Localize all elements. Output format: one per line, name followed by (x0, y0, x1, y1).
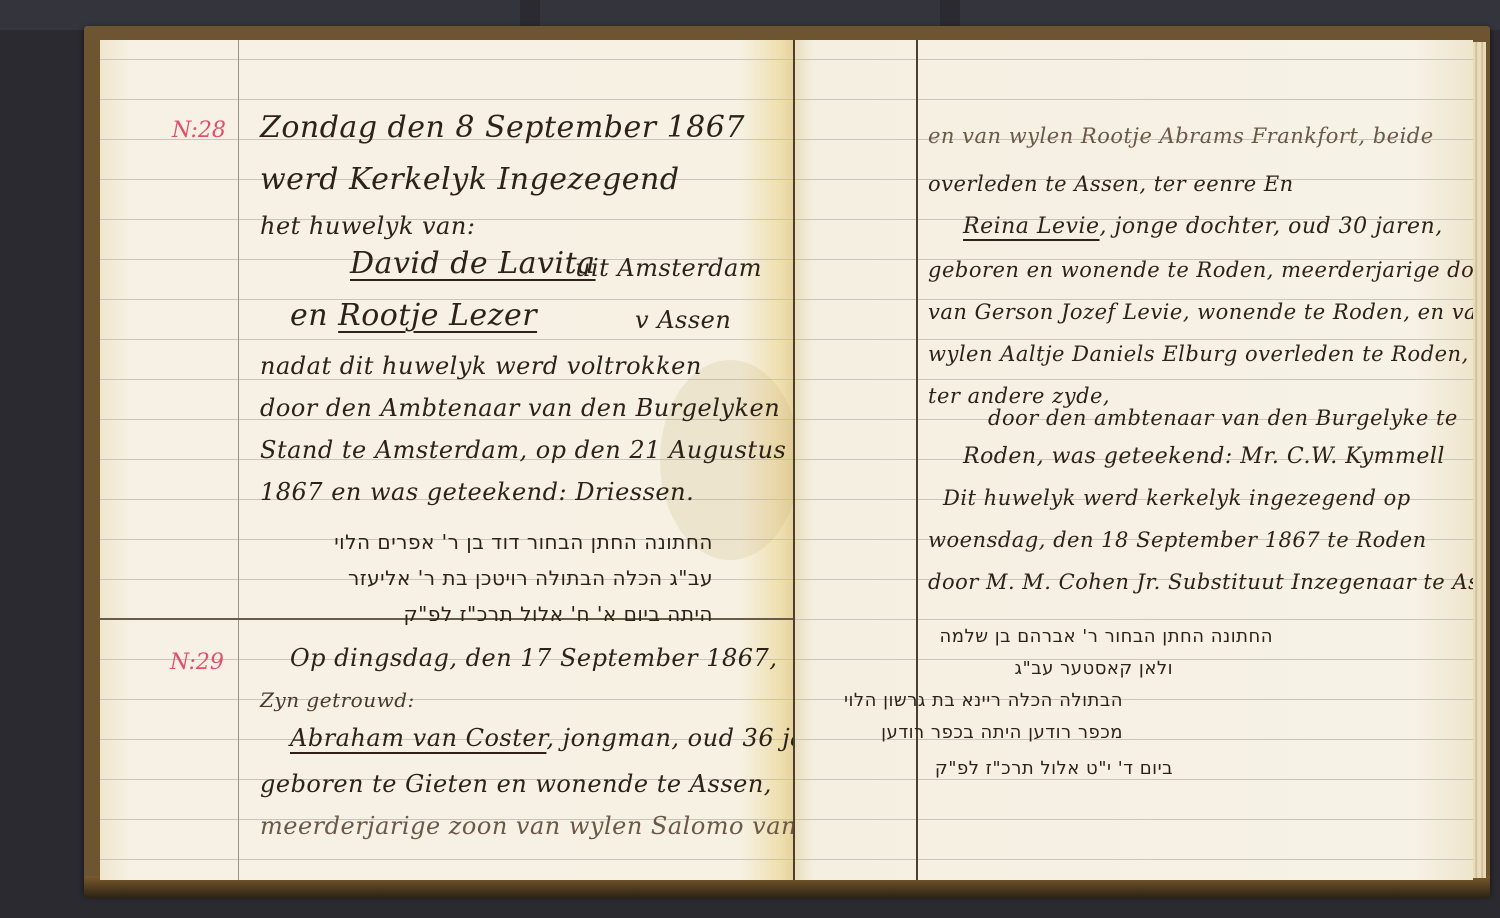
entry-line: ter andere zyde, (928, 384, 1110, 408)
hebrew-line: החתונה החתן הבחור ר' אברהם בן שלמה (940, 626, 1274, 647)
groom-name: David de Lavita (350, 246, 596, 281)
left-page: N:28 Zondag den 8 September 1867 werd Ke… (100, 40, 793, 880)
entry-line: wylen Aaltje Daniels Elburg overleden te… (928, 342, 1469, 366)
entry-line: van Gerson Jozef Levie, wonende te Roden… (928, 300, 1473, 324)
entry-line: geboren te Gieten en wonende te Assen, (260, 770, 772, 798)
entry-number: N:28 (172, 118, 226, 143)
gutter-line (793, 40, 795, 880)
entry-line: Roden, was geteekend: Mr. C.W. Kymmell (963, 444, 1445, 469)
entry-line: door den ambtenaar van den Burgelyke te (988, 406, 1458, 430)
entry-number: N:29 (170, 650, 224, 675)
entry-line: het huwelyk van: (260, 212, 475, 240)
entry-line: Zyn getrouwd: (260, 688, 415, 712)
entry-line: Op dingsdag, den 17 September 1867, (290, 644, 777, 672)
entry-line: uit Amsterdam (575, 254, 762, 282)
hebrew-line: החתונה החתן הבחור דוד בן ר' אפרים הלוי (334, 530, 713, 554)
entry-line: overleden te Assen, ter eenre En (928, 172, 1294, 196)
groom-details: , jongman, oud 36 jaren, (546, 724, 793, 752)
hebrew-line: עב"ג הכלה הבתולה רויטכן בת ר' אליעזר (348, 566, 713, 590)
left-margin-line (238, 40, 239, 880)
entry-line: Stand te Amsterdam, op den 21 Augustus (260, 436, 786, 464)
entry-line-groom: David de Lavita (350, 246, 596, 281)
entry-line: 1867 en was geteekend: Driessen. (260, 478, 694, 506)
entry-line: nadat dit huwelyk werd voltrokken (260, 352, 702, 380)
hebrew-line: היתה ביום א' ח' אלול תרכ"ז לפ"ק (403, 602, 713, 626)
hebrew-line: ביום ד' י"ט אלול תרכ"ז לפ"ק (935, 758, 1173, 779)
entry-line: door M. M. Cohen Jr. Substituut Inzegena… (928, 570, 1473, 594)
entry-line-bride: en Rootje Lezer (290, 298, 537, 333)
hebrew-line: הבתולה הכלה ריינא בת גרשון הלוי (844, 690, 1123, 711)
entry-line: en van wylen Rootje Abrams Frankfort, be… (928, 124, 1434, 148)
hebrew-line: ולאן קאסטער עב"ג (1015, 658, 1173, 679)
entry-line: woensdag, den 18 September 1867 te Roden (928, 528, 1427, 552)
bride-name: Reina Levie (963, 214, 1100, 239)
entry-line: werd Kerkelyk Ingezegend (260, 162, 680, 197)
bride-name: Rootje Lezer (338, 298, 537, 333)
hebrew-line: מכפר רודען היתה בכפר רודען (881, 722, 1123, 743)
bride-details: , jonge dochter, oud 30 jaren, (1100, 214, 1443, 239)
entry-line: meerderjarige zoon van wylen Salomo van … (260, 812, 793, 840)
entry-line: v Assen (635, 306, 731, 334)
entry-line-groom: Abraham van Coster, jongman, oud 36 jare… (290, 724, 793, 752)
entry-line-bride: Reina Levie, jonge dochter, oud 30 jaren… (963, 214, 1443, 239)
right-page: en van wylen Rootje Abrams Frankfort, be… (793, 40, 1473, 880)
groom-name: Abraham van Coster (290, 724, 546, 752)
right-margin-line (916, 40, 918, 880)
entry-line: door den Ambtenaar van den Burgelyken (260, 394, 780, 422)
entry-line: Dit huwelyk werd kerkelyk ingezegend op (943, 486, 1411, 510)
entry-line: Zondag den 8 September 1867 (260, 110, 745, 145)
entry-line: geboren en wonende te Roden, meerderjari… (928, 258, 1473, 282)
